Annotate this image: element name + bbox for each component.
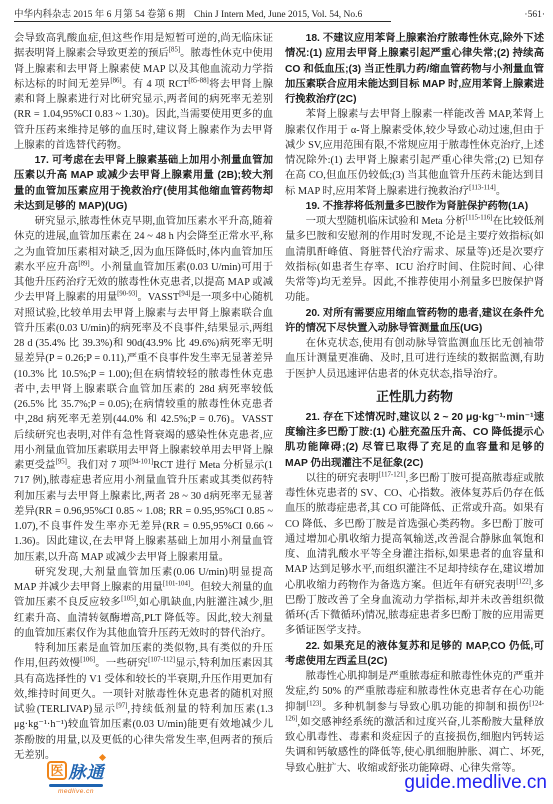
paragraph: 在休克状态,使用有创动脉导管监测血压比无创袖带血压计测量更准确、及时,且可进行连…: [285, 336, 544, 382]
medlive-logo-domain: medlive.cn: [33, 788, 119, 795]
paragraph: 特利加压素是血管加压素的类似物,具有类似的升压作用,但药效慢[106]。一些研究…: [14, 641, 273, 763]
section-heading: 正性肌力药物: [285, 389, 544, 405]
journal-masthead: 中华内科杂志 2015 年 6 月第 54 卷第 6 期Chin J Inter…: [14, 6, 362, 20]
medlive-logo-yi-badge: 医: [47, 761, 66, 780]
journal-title-cn: 中华内科杂志 2015 年 6 月第 54 卷第 6 期: [14, 10, 185, 20]
paragraph: 苯肾上腺素与去甲肾上腺素一样能改善 MAP,苯肾上腺素仅作用于 α-肾上腺素受体…: [285, 107, 544, 199]
recommendation-heading: 20. 对所有需要应用缩血管药物的患者,建议在条件允许的情况下尽快置入动脉导管测…: [285, 306, 544, 337]
recommendation-heading: 17. 可考虑在去甲肾上腺素基础上加用小剂量血管加压素以升高 MAP 或减少去甲…: [14, 153, 273, 214]
medlive-logo-swoosh: [49, 784, 103, 787]
paragraph: 研究显示,脓毒性休克早期,血管加压素水平升高,随着休克的进展,血管加压素在 24…: [14, 214, 273, 565]
right-column: 18. 不建议应用苯肾上腺素治疗脓毒性休克,除外下述情况:(1) 应用去甲肾上腺…: [285, 31, 544, 776]
recommendation-heading: 22. 如果充足的液体复苏和足够的 MAP,CO 仍低,可考虑使用左西孟旦(2C…: [285, 639, 544, 670]
paragraph: 以往的研究表明[117-121],多巴酚丁胺可提高脓毒症或脓毒性休克患者的 SV…: [285, 471, 544, 639]
left-column: 会导致高乳酸血症,但这些作用是短暂可逆的,尚无临床证据表明肾上腺素会导致更差的预…: [14, 31, 273, 763]
journal-title-en: Chin J Intern Med, June 2015, Vol. 54, N…: [194, 10, 362, 20]
paragraph: 一项大型随机临床试验和 Meta 分析[115-116]在比较低剂量多巴胺和安慰…: [285, 214, 544, 306]
medlive-logo-maitong: 脉通: [69, 758, 105, 783]
recommendation-heading: 21. 存在下述情况时,建议以 2 ~ 20 μg·kg⁻¹·min⁻¹速度输注…: [285, 410, 544, 471]
page-number: ·561·: [524, 10, 545, 20]
recommendation-heading: 18. 不建议应用苯肾上腺素治疗脓毒性休克,除外下述情况:(1) 应用去甲肾上腺…: [285, 31, 544, 107]
paragraph: 脓毒性心肌抑制是严重脓毒症和脓毒性休克的严重并发症,约 50% 的严重脓毒症和脓…: [285, 669, 544, 776]
medlive-logo-wordmark: 医 脉通: [33, 758, 119, 783]
guide-medlive-watermark: guide.medlive.cn: [404, 772, 547, 794]
medlive-logo: 医 脉通 medlive.cn: [33, 758, 119, 795]
recommendation-heading: 19. 不推荐将低剂量多巴胺作为肾脏保护药物(1A): [285, 199, 544, 214]
page-header: 中华内科杂志 2015 年 6 月第 54 卷第 6 期Chin J Inter…: [14, 6, 545, 20]
paragraph: 研究发现,大剂量血管加压素(0.06 U/min)明显提高 MAP 并减少去甲肾…: [14, 565, 273, 641]
paragraph: 会导致高乳酸血症,但这些作用是短暂可逆的,尚无临床证据表明肾上腺素会导致更差的预…: [14, 31, 273, 153]
header-rule: [14, 21, 391, 22]
journal-page: 中华内科杂志 2015 年 6 月第 54 卷第 6 期Chin J Inter…: [0, 0, 553, 804]
